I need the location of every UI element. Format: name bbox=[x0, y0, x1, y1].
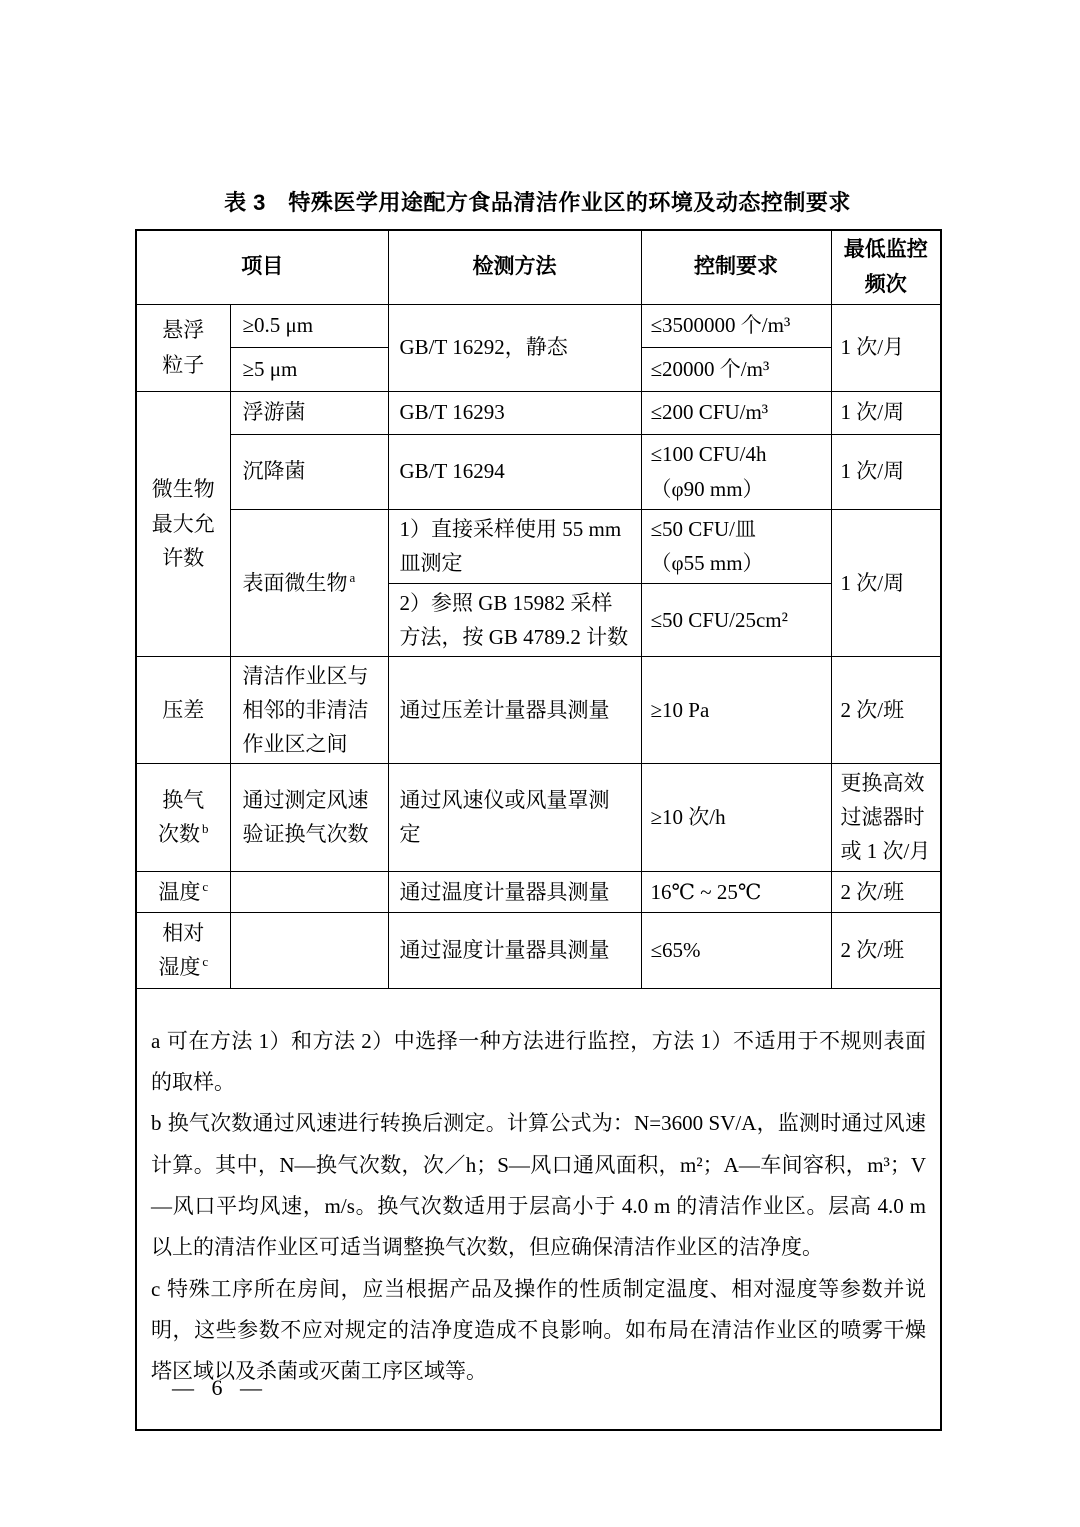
cell-req-settling-bacteria: ≤100 CFU/4h （φ90 mm） bbox=[641, 434, 831, 509]
table-header-row: 项目 检测方法 控制要求 最低监控 频次 bbox=[136, 230, 941, 304]
cell-req-5um: ≤20000 个/m³ bbox=[641, 347, 831, 391]
cell-freq-pressure: 2 次/班 bbox=[831, 656, 941, 763]
cell-method-humidity: 通过湿度计量器具测量 bbox=[388, 912, 641, 988]
cell-item-temperature: 温度c bbox=[136, 871, 230, 912]
row-surface-microbes-method1: 表面微生物a 1）直接采样使用 55 mm 皿测定 ≤50 CFU/皿 （φ55… bbox=[136, 509, 941, 583]
cell-method-airborne-bacteria: GB/T 16293 bbox=[388, 391, 641, 434]
cell-scope-air-change: 通过测定风速验证换气次数 bbox=[230, 763, 388, 871]
col-header-item: 项目 bbox=[136, 230, 388, 304]
cell-freq-humidity: 2 次/班 bbox=[831, 912, 941, 988]
surface-microbes-label: 表面微生物 bbox=[243, 571, 348, 595]
cell-item-microbes-max: 微生物 最大允 许数 bbox=[136, 391, 230, 656]
cell-req-humidity: ≤65% bbox=[641, 912, 831, 988]
footnotes-cell: a可在方法 1）和方法 2）中选择一种方法进行监控，方法 1）不适用于不规则表面… bbox=[136, 988, 941, 1430]
cell-freq-air-change: 更换高效过滤器时或 1 次/月 bbox=[831, 763, 941, 871]
cell-req-surface-1: ≤50 CFU/皿 （φ55 mm） bbox=[641, 509, 831, 583]
row-relative-humidity: 相对 湿度c 通过湿度计量器具测量 ≤65% 2 次/班 bbox=[136, 912, 941, 988]
cell-req-05um: ≤3500000 个/m³ bbox=[641, 304, 831, 347]
cell-size-5um: ≥5 μm bbox=[230, 347, 388, 391]
document-page: 表 3 特殊医学用途配方食品清洁作业区的环境及动态控制要求 项目 检测方法 控制… bbox=[0, 0, 1080, 1527]
cell-freq-temperature: 2 次/班 bbox=[831, 871, 941, 912]
requirements-table: 项目 检测方法 控制要求 最低监控 频次 悬浮 粒子 ≥0.5 μm GB/T … bbox=[135, 229, 942, 1431]
row-pressure-difference: 压差 清洁作业区与相邻的非清洁作业区之间 通过压差计量器具测量 ≥10 Pa 2… bbox=[136, 656, 941, 763]
row-footnotes: a可在方法 1）和方法 2）中选择一种方法进行监控，方法 1）不适用于不规则表面… bbox=[136, 988, 941, 1430]
cell-method-temperature: 通过温度计量器具测量 bbox=[388, 871, 641, 912]
row-air-change-rate: 换气 次数b 通过测定风速验证换气次数 通过风速仪或风量罩测定 ≥10 次/h … bbox=[136, 763, 941, 871]
humidity-label: 相对 湿度 bbox=[158, 921, 204, 979]
cell-method-air-change: 通过风速仪或风量罩测定 bbox=[388, 763, 641, 871]
cell-method-pressure: 通过压差计量器具测量 bbox=[388, 656, 641, 763]
cell-scope-pressure: 清洁作业区与相邻的非清洁作业区之间 bbox=[230, 656, 388, 763]
footnote-a-marker: a bbox=[151, 1029, 166, 1053]
cell-method-particles: GB/T 16292，静态 bbox=[388, 304, 641, 391]
footnote-ref-b: b bbox=[202, 821, 209, 836]
air-change-label: 换气 次数 bbox=[158, 788, 204, 846]
cell-freq-particles: 1 次/月 bbox=[831, 304, 941, 391]
footnote-ref-c-humid: c bbox=[202, 954, 208, 969]
footnote-c-text: 特殊工序所在房间，应当根据产品及操作的性质制定温度、相对湿度等参数并说明，这些参… bbox=[151, 1277, 926, 1384]
footnote-ref-a: a bbox=[350, 570, 356, 585]
cell-size-05um: ≥0.5 μm bbox=[230, 304, 388, 347]
footnote-a-text: 可在方法 1）和方法 2）中选择一种方法进行监控，方法 1）不适用于不规则表面的… bbox=[151, 1029, 926, 1094]
col-header-method: 检测方法 bbox=[388, 230, 641, 304]
cell-req-pressure: ≥10 Pa bbox=[641, 656, 831, 763]
footnote-a: a可在方法 1）和方法 2）中选择一种方法进行监控，方法 1）不适用于不规则表面… bbox=[151, 1021, 926, 1104]
footnote-ref-c-temp: c bbox=[202, 879, 208, 894]
col-header-requirement: 控制要求 bbox=[641, 230, 831, 304]
cell-req-surface-2: ≤50 CFU/25cm² bbox=[641, 583, 831, 656]
page-number: — 6 — bbox=[172, 1375, 268, 1401]
cell-item-pressure: 压差 bbox=[136, 656, 230, 763]
footnote-b-text: 换气次数通过风速进行转换后测定。计算公式为：N=3600 SV/A，监测时通过风… bbox=[151, 1111, 926, 1259]
cell-method-settling-bacteria: GB/T 16294 bbox=[388, 434, 641, 509]
row-temperature: 温度c 通过温度计量器具测量 16℃ ~ 25℃ 2 次/班 bbox=[136, 871, 941, 912]
cell-scope-temperature-empty bbox=[230, 871, 388, 912]
row-airborne-bacteria: 微生物 最大允 许数 浮游菌 GB/T 16293 ≤200 CFU/m³ 1 … bbox=[136, 391, 941, 434]
cell-freq-airborne-bacteria: 1 次/周 bbox=[831, 391, 941, 434]
cell-item-humidity: 相对 湿度c bbox=[136, 912, 230, 988]
footnote-b-marker: b bbox=[151, 1111, 168, 1135]
cell-method-surface-1: 1）直接采样使用 55 mm 皿测定 bbox=[388, 509, 641, 583]
cell-scope-humidity-empty bbox=[230, 912, 388, 988]
col-header-frequency: 最低监控 频次 bbox=[831, 230, 941, 304]
cell-name-airborne-bacteria: 浮游菌 bbox=[230, 391, 388, 434]
row-settling-bacteria: 沉降菌 GB/T 16294 ≤100 CFU/4h （φ90 mm） 1 次/… bbox=[136, 434, 941, 509]
cell-req-airborne-bacteria: ≤200 CFU/m³ bbox=[641, 391, 831, 434]
cell-method-surface-2: 2）参照 GB 15982 采样方法，按 GB 4789.2 计数 bbox=[388, 583, 641, 656]
footnote-c-marker: c bbox=[151, 1277, 166, 1301]
cell-freq-settling-bacteria: 1 次/周 bbox=[831, 434, 941, 509]
cell-req-air-change: ≥10 次/h bbox=[641, 763, 831, 871]
cell-item-suspended-particles: 悬浮 粒子 bbox=[136, 304, 230, 391]
temperature-label: 温度 bbox=[158, 880, 200, 904]
table-title: 表 3 特殊医学用途配方食品清洁作业区的环境及动态控制要求 bbox=[135, 186, 940, 217]
cell-item-air-change: 换气 次数b bbox=[136, 763, 230, 871]
row-particles-05um: 悬浮 粒子 ≥0.5 μm GB/T 16292，静态 ≤3500000 个/m… bbox=[136, 304, 941, 347]
cell-freq-surface: 1 次/周 bbox=[831, 509, 941, 656]
cell-name-settling-bacteria: 沉降菌 bbox=[230, 434, 388, 509]
footnote-b: b换气次数通过风速进行转换后测定。计算公式为：N=3600 SV/A，监测时通过… bbox=[151, 1103, 926, 1268]
cell-req-temperature: 16℃ ~ 25℃ bbox=[641, 871, 831, 912]
cell-name-surface-microbes: 表面微生物a bbox=[230, 509, 388, 656]
